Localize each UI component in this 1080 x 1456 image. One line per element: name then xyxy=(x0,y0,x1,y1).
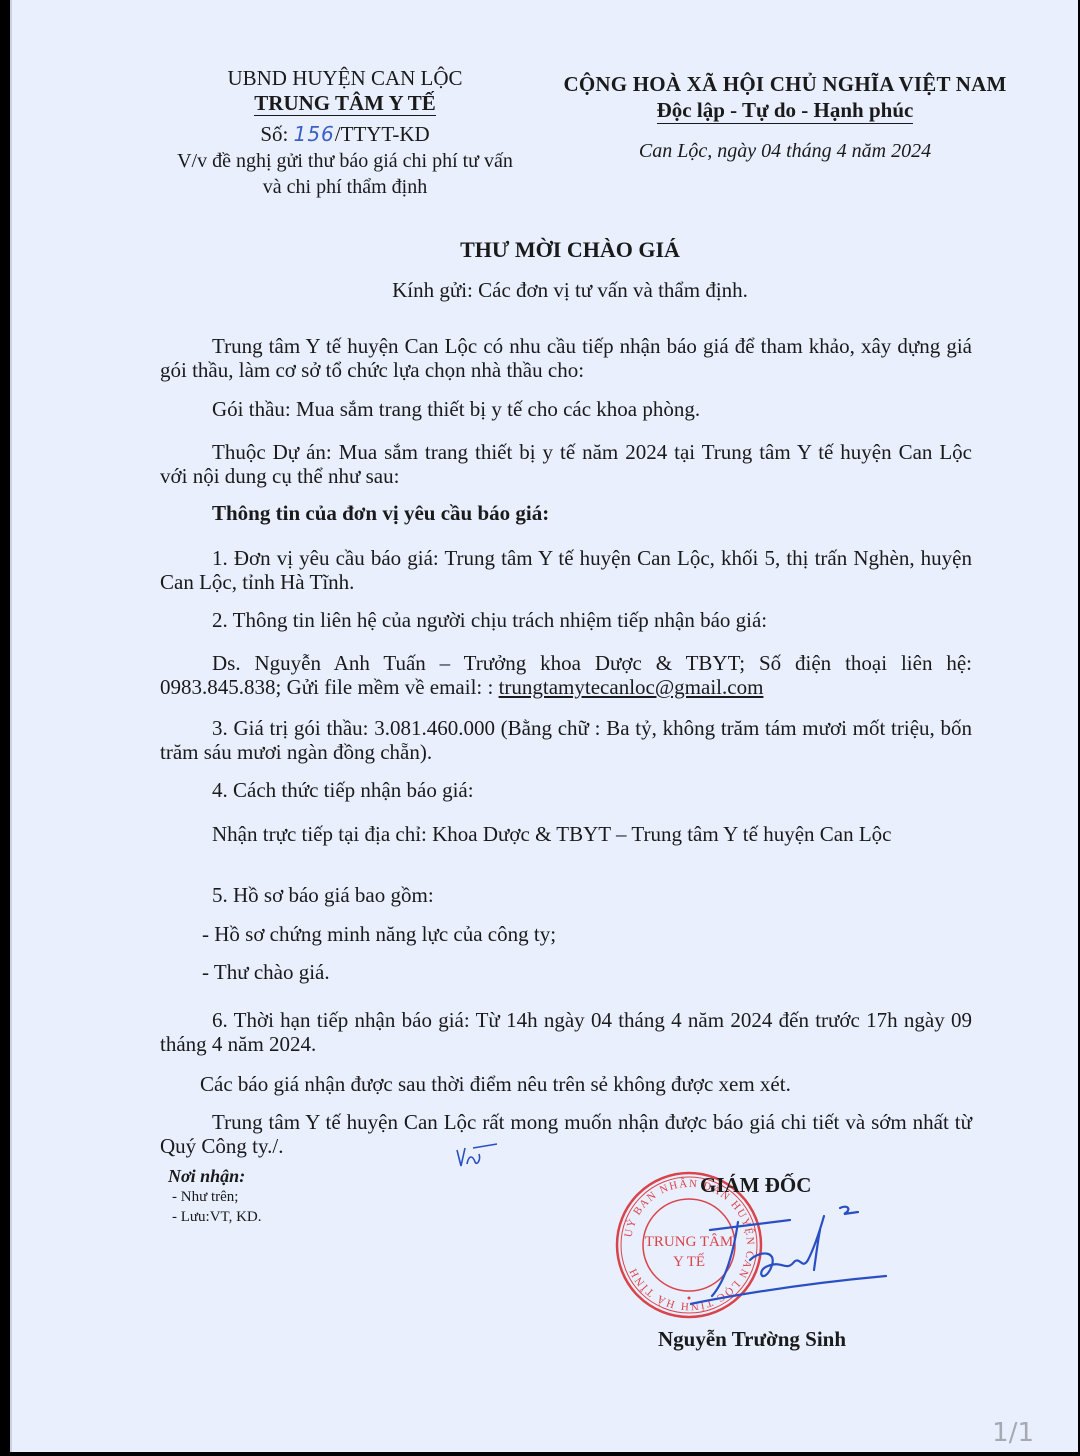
authority-name: UBND HUYỆN CAN LỘC xyxy=(150,66,540,91)
handwritten-number: 156 xyxy=(294,122,335,146)
handwritten-signature xyxy=(690,1200,890,1320)
page-edge xyxy=(10,0,12,1452)
project-paragraph: Thuộc Dự án: Mua sắm trang thiết bị y tế… xyxy=(160,440,972,488)
greeting: Kính gửi: Các đơn vị tư vấn và thẩm định… xyxy=(0,278,1080,303)
closing-paragraph: Trung tâm Y tế huyện Can Lộc rất mong mu… xyxy=(160,1110,972,1158)
place-date: Can Lộc, ngày 04 tháng 4 năm 2024 xyxy=(520,140,1050,163)
recipients-heading: Nơi nhận: xyxy=(168,1166,262,1187)
handwritten-initials xyxy=(453,1136,503,1172)
motto: Độc lập - Tự do - Hạnh phúc xyxy=(657,97,914,124)
signer-role: GIÁM ĐỐC xyxy=(700,1173,811,1198)
subject-line-2: và chi phí thẩm định xyxy=(150,175,540,199)
signer-name: Nguyễn Trường Sinh xyxy=(658,1327,846,1352)
page-counter: 1/1 xyxy=(992,1418,1034,1448)
item-6: 6. Thời hạn tiếp nhận báo giá: Từ 14h ng… xyxy=(160,1008,972,1056)
intro-paragraph: Trung tâm Y tế huyện Can Lộc có nhu cầu … xyxy=(160,334,972,382)
item-5-a: - Hồ sơ chứng minh năng lực của công ty; xyxy=(202,922,556,946)
subject-line-1: V/v đề nghị gửi thư báo giá chi phí tư v… xyxy=(150,149,540,173)
item-2: 2. Thông tin liên hệ của người chịu trác… xyxy=(212,608,767,632)
item-4: 4. Cách thức tiếp nhận báo giá: xyxy=(212,778,474,802)
item-3: 3. Giá trị gói thầu: 3.081.460.000 (Bằng… xyxy=(160,716,972,764)
header-left: UBND HUYỆN CAN LỘC TRUNG TÂM Y TẾ Số: 15… xyxy=(150,66,540,199)
header-right: CỘNG HOÀ XÃ HỘI CHỦ NGHĨA VIỆT NAM Độc l… xyxy=(520,72,1050,163)
section-heading: Thông tin của đơn vị yêu cầu báo giá: xyxy=(212,501,549,525)
late-note: Các báo giá nhận được sau thời điểm nêu … xyxy=(200,1072,791,1096)
recipient-item: - Như trên; xyxy=(168,1187,262,1207)
package-line: Gói thầu: Mua sắm trang thiết bị y tế ch… xyxy=(212,397,700,421)
recipients-block: Nơi nhận: - Như trên; - Lưu:VT, KD. xyxy=(168,1166,262,1227)
contact-paragraph: Ds. Nguyễn Anh Tuấn – Trưởng khoa Dược &… xyxy=(160,651,972,699)
document-number: Số: 156/TTYT-KD xyxy=(150,122,540,147)
organization-name: TRUNG TÂM Y TẾ xyxy=(254,91,435,116)
recipient-item: - Lưu:VT, KD. xyxy=(168,1207,262,1227)
document-title: THƯ MỜI CHÀO GIÁ xyxy=(0,237,1080,263)
nation-name: CỘNG HOÀ XÃ HỘI CHỦ NGHĨA VIỆT NAM xyxy=(520,72,1050,97)
item-4-detail: Nhận trực tiếp tại địa chỉ: Khoa Dược & … xyxy=(160,822,972,846)
item-5-b: - Thư chào giá. xyxy=(202,960,330,984)
item-5: 5. Hồ sơ báo giá bao gồm: xyxy=(212,883,434,907)
item-1: 1. Đơn vị yêu cầu báo giá: Trung tâm Y t… xyxy=(160,546,972,594)
email-link[interactable]: trungtamytecanloc@gmail.com xyxy=(499,675,764,699)
